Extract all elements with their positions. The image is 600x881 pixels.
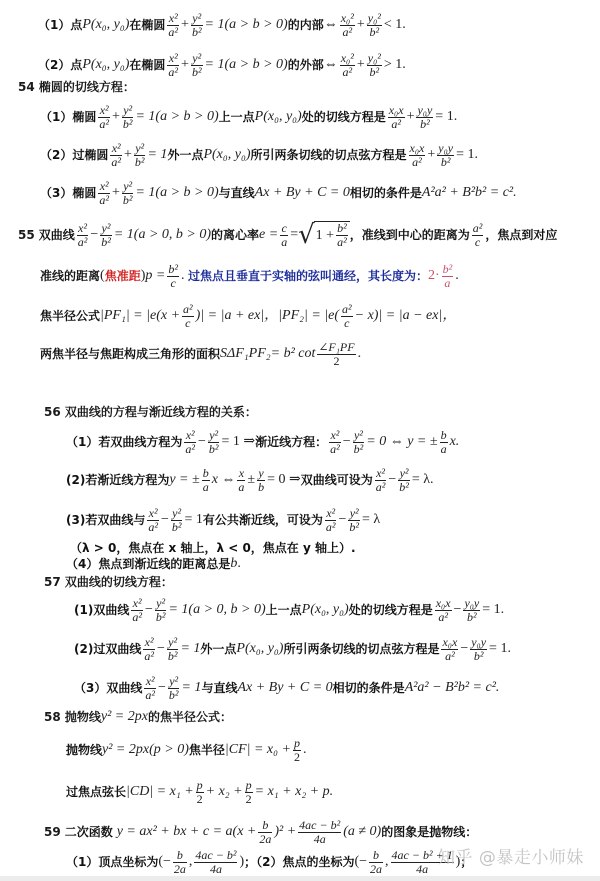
equation: y² = 2px (101, 710, 148, 724)
fraction: a²c (182, 303, 194, 330)
point: P(x₀, y₀) (82, 58, 129, 72)
text: = 1. (435, 110, 457, 124)
den: c (184, 317, 191, 330)
fraction: b²c (167, 263, 179, 290)
label: （1）椭圆 (40, 111, 96, 123)
fraction: b²a² (336, 222, 348, 249)
text: 双曲线 (39, 229, 75, 241)
num: x² (168, 12, 179, 25)
text: S (220, 347, 227, 361)
s56-item2: (2)若渐近线方程为 y = ± ba x ⇔ xa ± yb = 0 ⇒ 双曲… (66, 462, 434, 498)
formula-sheet: （1）点 P(x₀, y₀) 在椭圆 x²a² + y²b² = 1(a > b… (0, 0, 600, 881)
fraction: x²a² (77, 222, 89, 249)
section-57-title: 57 双曲线的切线方程： (44, 574, 173, 590)
num: p (293, 737, 301, 750)
text: 焦半径 (189, 744, 225, 756)
fraction: y²b² (348, 507, 360, 534)
s56-item3: (3)若双曲线与 x²a² − y²b² = 1 有公共渐近线，可设为 x²a²… (66, 502, 380, 538)
section-number: 59 (44, 826, 61, 838)
fraction: x₀xa² (409, 142, 426, 169)
label: （3）椭圆 (40, 187, 96, 199)
fraction: y²b² (167, 636, 179, 663)
text: 上一点 (266, 604, 302, 616)
s53-item1: （1）点 P(x₀, y₀) 在椭圆 x²a² + y²b² = 1(a > b… (38, 8, 406, 42)
s54-item3: （3）椭圆 x²a² + y²b² = 1(a > b > 0) 与直线 Ax … (40, 176, 517, 210)
text: 1 + (316, 229, 334, 243)
num: 4ac − b² (298, 819, 341, 832)
den: b² (466, 611, 478, 624)
num: x² (99, 180, 110, 193)
condition: = 1 (180, 642, 200, 656)
fraction: y²b² (191, 52, 203, 79)
den: a (280, 236, 288, 249)
num: y₀y (416, 104, 433, 117)
num: b² (442, 263, 454, 276)
num: y² (155, 597, 166, 610)
text: 的外部 (288, 59, 324, 71)
text: |CF| = x₀ + (225, 743, 291, 757)
fraction: x₀²a² (340, 12, 355, 39)
s58-focal-radius: 抛物线 y² = 2px(p > 0) 焦半径 |CF| = x₀ + p2 . (66, 732, 306, 768)
point: P(x₀, y₀) (255, 110, 302, 124)
fraction: x²a² (143, 636, 155, 663)
den: b² (208, 443, 220, 456)
num: x² (132, 597, 143, 610)
latus-rectum-definition: 过焦点且垂直于实轴的弦叫通经，其长度为： (188, 270, 428, 282)
text: 处的切线方程是 (349, 604, 433, 616)
text: 的图象是抛物线： (381, 826, 477, 838)
den: a² (143, 650, 155, 663)
num: b (202, 467, 210, 480)
num: x₀x (441, 636, 458, 649)
text: = 1 (184, 513, 202, 527)
label: （2）点 (38, 59, 82, 71)
fraction: ∠F₁PF2 (317, 341, 355, 368)
den: 4a (415, 863, 429, 876)
text: 相切的条件是 (333, 682, 405, 694)
line-equation: Ax + By + C = 0 (237, 681, 332, 695)
text: + x₂ + (206, 785, 243, 799)
s54-item1: （1）椭圆 x²a² + y²b² = 1(a > b > 0) 上一点 P(x… (40, 100, 457, 134)
result: A²a² + B²b² = c². (422, 186, 517, 200)
text: . (237, 557, 241, 571)
den: a² (336, 236, 348, 249)
den: a² (110, 156, 122, 169)
num: y² (134, 142, 145, 155)
num: y₀y (463, 597, 480, 610)
s57-item2: (2)过双曲线 x²a² − y²b² = 1 外一点 P(x₀, y₀) 所引… (74, 631, 511, 667)
num: x (238, 467, 245, 480)
num: y² (208, 429, 219, 442)
text: 两焦半径与焦距构成三角形的面积 (40, 348, 220, 360)
text: 的焦半径公式： (148, 711, 232, 723)
den: b² (171, 521, 183, 534)
label: （1）若双曲线方程为 (66, 436, 182, 448)
text: |PF₁| = |e(x + (100, 309, 180, 323)
label: (2)过双曲线 (74, 643, 141, 655)
num: x² (148, 507, 159, 520)
fraction: y²b² (208, 429, 220, 456)
num: y₀y (437, 142, 454, 155)
num: b (176, 849, 184, 862)
fraction: ba (440, 429, 448, 456)
num: ∠F₁PF (317, 341, 355, 354)
text: 双曲线可设为 (301, 474, 373, 486)
fraction: y²b² (168, 675, 180, 702)
text: 与直线 (201, 682, 237, 694)
fraction: y₀yb² (416, 104, 433, 131)
num: x² (329, 429, 340, 442)
den: a² (329, 443, 341, 456)
den: b² (122, 194, 134, 207)
label: （3）双曲线 (74, 682, 142, 694)
text: 处的切线方程是 (302, 111, 386, 123)
den: b² (369, 26, 381, 39)
fraction: b²a (442, 263, 454, 290)
point: P(x₀, y₀) (203, 148, 250, 162)
condition: = 1(a > b > 0) (135, 186, 218, 200)
text: = 1 ⇒ (221, 435, 255, 449)
fraction: x²a² (131, 597, 143, 624)
text: = 1. (482, 603, 504, 617)
den: a² (77, 236, 89, 249)
den: b² (155, 611, 167, 624)
num: x₀x (388, 104, 405, 117)
num: p (245, 779, 253, 792)
num: x₀² (340, 52, 355, 65)
num: y₀² (367, 52, 382, 65)
fraction: x₀xa² (388, 104, 405, 131)
text: < 1. (384, 18, 406, 32)
fraction: y²b² (171, 507, 183, 534)
label: (2)若渐近线方程为 (66, 474, 169, 486)
s58-chord-length: 过焦点弦长 |CD| = x₁ + p2 + x₂ + p2 = x₁ + x₂… (66, 774, 333, 810)
line-equation: Ax + By + C = 0 (255, 186, 350, 200)
text: （1）顶点坐标为 (66, 856, 158, 868)
num: y² (122, 104, 133, 117)
text: 焦半径公式 (40, 310, 100, 322)
iff: ⇔ (324, 18, 338, 32)
num: y² (349, 507, 360, 520)
den: b² (348, 521, 360, 534)
condition: = 1 (147, 148, 167, 162)
fraction: ba (202, 467, 210, 494)
text: 上一点 (219, 111, 255, 123)
fraction: y₀²b² (367, 12, 382, 39)
text: 58 抛物线 (44, 711, 101, 723)
den: a² (184, 443, 196, 456)
den: 2 (332, 355, 340, 368)
s55-line1: 55 双曲线 x²a² − y²b² = 1(a > 0, b > 0) 的离心… (18, 215, 557, 255)
num: c (281, 222, 288, 235)
num: 4ac − b² (194, 849, 237, 862)
text: 的内部 (288, 19, 324, 31)
text: 渐近线方程： (255, 436, 327, 448)
den: c (474, 236, 481, 249)
fraction: y₀yb² (437, 142, 454, 169)
text: 所引两条切线的切点弦方程是 (251, 149, 407, 161)
condition: = 1 (181, 681, 201, 695)
fraction: x²a² (147, 507, 159, 534)
fraction: x₀²a² (340, 52, 355, 79)
equation: y² = 2px(p > 0) (102, 743, 189, 757)
fraction: x²a² (184, 429, 196, 456)
text: 的离心率 (211, 229, 259, 241)
text: |CD| = x₁ + (126, 785, 194, 799)
s55-triangle-area: 两焦半径与焦距构成三角形的面积 SΔF₁PF₂ = b² cot ∠F₁PF2 … (40, 336, 361, 372)
fraction: x²a² (325, 507, 337, 534)
num: y² (122, 180, 133, 193)
s57-item1: (1)双曲线 x²a² − y²b² = 1(a > 0, b > 0) 上一点… (74, 592, 504, 628)
fraction: x²a² (110, 142, 122, 169)
s55-line2: 准线的距离 ( 焦准距 ) p = b²c . 过焦点且垂直于实轴的弦叫通经，其… (40, 258, 459, 294)
num: x₀x (435, 597, 452, 610)
condition: = 1(a > 0, b > 0) (114, 228, 211, 242)
den: 2a (173, 863, 187, 876)
s57-item3: （3）双曲线 x²a² − y²b² = 1 与直线 Ax + By + C =… (74, 670, 499, 706)
den: a² (390, 118, 402, 131)
den: a² (411, 156, 423, 169)
num: b² (167, 263, 179, 276)
condition: = 1(a > b > 0) (205, 18, 288, 32)
text: ；（2）焦点的坐标为 (244, 856, 354, 868)
label: （2）过椭圆 (40, 149, 108, 161)
text: )| = |a + ex|， (196, 309, 279, 323)
fraction: xa (237, 467, 245, 494)
sqrt: √1 +b²a² (298, 221, 350, 249)
fraction: y²b² (191, 12, 203, 39)
den: b² (369, 66, 381, 79)
fraction: y₀yb² (463, 597, 480, 624)
text: 所引两条切线的切点弦方程是 (283, 643, 439, 655)
fraction: y₀²b² (367, 52, 382, 79)
text: 在椭圆 (129, 59, 165, 71)
den: a² (147, 521, 159, 534)
num: x² (144, 636, 155, 649)
den: b² (134, 156, 146, 169)
den: b² (398, 481, 410, 494)
num: x₀x (409, 142, 426, 155)
fraction: x²a² (98, 180, 110, 207)
den: a² (131, 611, 143, 624)
fraction: y²b² (134, 142, 146, 169)
den: a² (98, 118, 110, 131)
fraction: x²a² (329, 429, 341, 456)
s59-vertex-focus: （1）顶点坐标为 (− b2a , 4ac − b²4a ) ；（2）焦点的坐标… (66, 844, 472, 880)
fraction: p2 (196, 779, 204, 806)
den: a (202, 481, 210, 494)
num: a² (472, 222, 484, 235)
s56-item4: （4）焦点到渐近线的距离总是 b . (66, 556, 241, 572)
text: 外一点 (200, 643, 236, 655)
num: y² (353, 429, 364, 442)
den: a² (144, 689, 156, 702)
den: a (440, 443, 448, 456)
num: y (257, 467, 264, 480)
fraction: x₀xa² (441, 636, 458, 663)
label: （4）焦点到渐近线的距离总是 (66, 558, 230, 570)
text: 外一点 (167, 149, 203, 161)
condition: = 1(a > b > 0) (135, 110, 218, 124)
text: p = (145, 269, 165, 283)
text: 抛物线 (66, 744, 102, 756)
fraction: ca (280, 222, 288, 249)
text: ，焦点到对应 (485, 229, 557, 241)
fraction: 4ac − b²4a (194, 849, 237, 876)
text: = 0 ⇒ (267, 473, 301, 487)
subscript: ΔF₁PF₂ (227, 347, 271, 361)
den: b² (167, 650, 179, 663)
text: )² + (274, 825, 296, 839)
text: = b² cot (271, 347, 316, 361)
num: x² (145, 675, 156, 688)
text: − x)| = |a − ex|， (355, 309, 457, 323)
iff: ⇔ (324, 58, 338, 72)
text: = x₁ + x₂ + p. (255, 785, 334, 799)
fraction: x²a² (98, 104, 110, 131)
text: 在椭圆 (129, 19, 165, 31)
den: 2 (196, 793, 204, 806)
condition: = 1(a > b > 0) (205, 58, 288, 72)
den: b² (419, 118, 431, 131)
num: y₀y (470, 636, 487, 649)
fraction: y²b² (353, 429, 365, 456)
text: ，准线到中心的距离为 (350, 229, 470, 241)
den: a (443, 277, 451, 290)
fraction: y²b² (155, 597, 167, 624)
den: a² (325, 521, 337, 534)
fraction: a²c (341, 303, 353, 330)
den: b² (353, 443, 365, 456)
watermark: 知乎 @暴走小师妹 (438, 843, 584, 868)
fraction: y²b² (100, 222, 112, 249)
num: x² (375, 467, 386, 480)
fraction: yb (257, 467, 265, 494)
fraction: 4ac − b²4a (298, 819, 341, 846)
fraction: y²b² (122, 180, 134, 207)
num: x₀² (340, 12, 355, 25)
section-58-title: 58 抛物线 y² = 2px 的焦半径公式： (44, 708, 232, 726)
den: 2 (293, 751, 301, 764)
text: 过焦点弦长 (66, 786, 126, 798)
fraction: p2 (293, 737, 301, 764)
num: x² (77, 222, 88, 235)
value: b (230, 557, 237, 571)
text: 与直线 (219, 187, 255, 199)
den: b² (100, 236, 112, 249)
text: > 1. (384, 58, 406, 72)
den: a (237, 481, 245, 494)
section-number: 55 (18, 229, 35, 241)
den: a² (437, 611, 449, 624)
fraction: b2a (258, 819, 272, 846)
fraction: y₀yb² (470, 636, 487, 663)
den: a² (167, 66, 179, 79)
condition: (a ≠ 0) (343, 825, 381, 839)
num: b (440, 429, 448, 442)
text: = 1. (456, 148, 478, 162)
s53-item2: （2）点 P(x₀, y₀) 在椭圆 x²a² + y²b² = 1(a > b… (38, 48, 406, 82)
text: 2· (428, 269, 440, 283)
section-54-title: 54 椭圆的切线方程： (18, 79, 135, 95)
num: a² (341, 303, 353, 316)
den: 4a (209, 863, 223, 876)
num: y₀² (367, 12, 382, 25)
text: = λ (362, 513, 380, 527)
s56-item3-note: （λ > 0，焦点在 x 轴上，λ < 0，焦点在 y 轴上）. (70, 540, 356, 556)
num: p (196, 779, 204, 792)
text: 二次函数 (65, 826, 113, 838)
fraction: x₀xa² (435, 597, 452, 624)
text: = 1. (489, 642, 511, 656)
point: P(x₀, y₀) (302, 603, 349, 617)
fraction: x²a² (167, 12, 179, 39)
num: y² (399, 467, 410, 480)
s56-item1: （1）若双曲线方程为 x²a² − y²b² = 1 ⇒ 渐近线方程： x²a²… (66, 424, 459, 460)
text: ± (247, 473, 255, 487)
bottom-strip (0, 876, 600, 881)
num: y² (191, 12, 202, 25)
num: x² (325, 507, 336, 520)
text: x. (450, 435, 460, 449)
num: y² (101, 222, 112, 235)
fraction: b2a (369, 849, 383, 876)
s55-focal-radius: 焦半径公式 |PF₁| = |e(x + a²c )| = |a + ex|， … (40, 298, 456, 334)
label: (3)若双曲线与 (66, 514, 145, 526)
den: a² (341, 26, 353, 39)
num: x² (168, 52, 179, 65)
fraction: a²c (472, 222, 484, 249)
den: b² (191, 26, 203, 39)
num: y² (167, 636, 178, 649)
num: y² (168, 675, 179, 688)
text: x ⇔ (212, 473, 236, 487)
text: 有公共渐近线，可设为 (203, 514, 323, 526)
num: b (261, 819, 269, 832)
den: a² (375, 481, 387, 494)
fraction: y²b² (122, 104, 134, 131)
text: |PF₂| = |e( (278, 309, 339, 323)
den: a² (341, 66, 353, 79)
section-56-title: 56 双曲线的方程与渐近线方程的关系： (44, 404, 257, 420)
num: y² (171, 507, 182, 520)
text: e = (259, 228, 278, 242)
den: b² (122, 118, 134, 131)
text: y = ax² + bx + c = a(x + (117, 825, 257, 839)
num: b² (336, 222, 348, 235)
den: a² (98, 194, 110, 207)
den: 2a (369, 863, 383, 876)
text: . (303, 743, 307, 757)
den: a² (444, 650, 456, 663)
den: 2 (245, 793, 253, 806)
fraction: x²a² (167, 52, 179, 79)
text: 准线的距离 (40, 270, 100, 282)
num: x² (99, 104, 110, 117)
num: a² (182, 303, 194, 316)
den: b² (473, 650, 485, 663)
point: P(x₀, y₀) (236, 642, 283, 656)
text: = λ. (412, 473, 434, 487)
fraction: x²a² (375, 467, 387, 494)
fraction: y²b² (398, 467, 410, 494)
point: P(x₀, y₀) (82, 18, 129, 32)
result: A²a² − B²b² = c². (405, 681, 500, 695)
num: x² (111, 142, 122, 155)
num: b (372, 849, 380, 862)
num: y² (191, 52, 202, 65)
fraction: p2 (245, 779, 253, 806)
